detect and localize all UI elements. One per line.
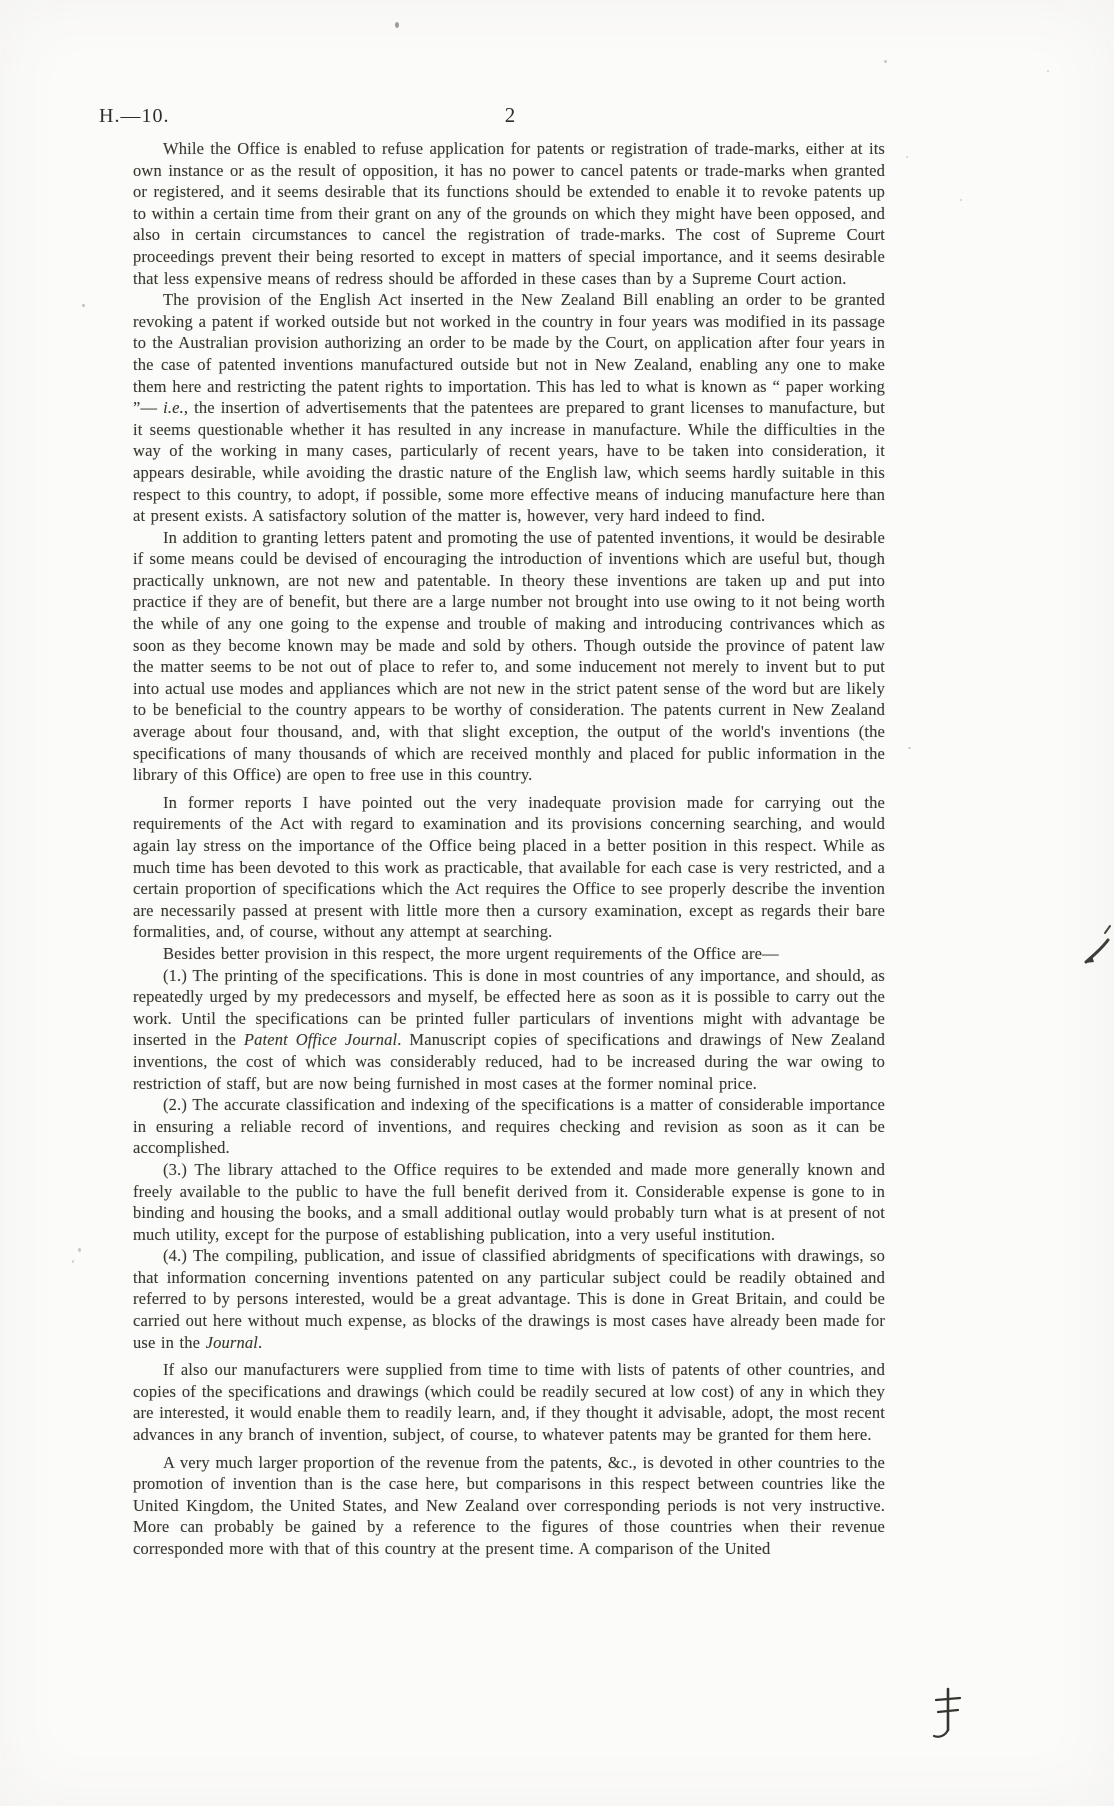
paragraph: (4.) The compiling, publication, and iss… bbox=[133, 1245, 885, 1353]
paragraph: (1.) The printing of the specifications.… bbox=[133, 965, 885, 1095]
page-number: 2 bbox=[470, 103, 550, 128]
paragraph: If also our manufacturers were supplied … bbox=[133, 1359, 885, 1445]
right-margin-ink-mark bbox=[1082, 922, 1114, 972]
page-text: While the Office is enabled to refuse ap… bbox=[133, 138, 885, 1560]
scan-speck bbox=[960, 199, 962, 201]
paragraph: In former reports I have pointed out the… bbox=[133, 792, 885, 943]
scan-speck bbox=[1047, 70, 1049, 72]
paragraph: (3.) The library attached to the Office … bbox=[133, 1159, 885, 1245]
scan-speck bbox=[906, 156, 908, 158]
scan-speck bbox=[908, 747, 911, 749]
scan-speck bbox=[72, 1260, 74, 1263]
paragraph: In addition to granting letters patent a… bbox=[133, 527, 885, 786]
scan-speck bbox=[78, 1248, 81, 1252]
paragraph: A very much larger proportion of the rev… bbox=[133, 1452, 885, 1560]
paragraph: (2.) The accurate classification and ind… bbox=[133, 1094, 885, 1159]
paragraph: Besides better provision in this respect… bbox=[133, 943, 885, 965]
scan-speck bbox=[395, 22, 399, 28]
bottom-right-ink-mark bbox=[930, 1686, 964, 1742]
paragraph: The provision of the English Act inserte… bbox=[133, 289, 885, 527]
scan-speck bbox=[884, 60, 887, 63]
document-reference-number: H.—10. bbox=[99, 105, 169, 128]
paragraph: While the Office is enabled to refuse ap… bbox=[133, 138, 885, 289]
scanned-document-page: H.—10. 2 While the Office is enabled to … bbox=[0, 0, 1114, 1806]
scan-speck bbox=[82, 304, 85, 307]
